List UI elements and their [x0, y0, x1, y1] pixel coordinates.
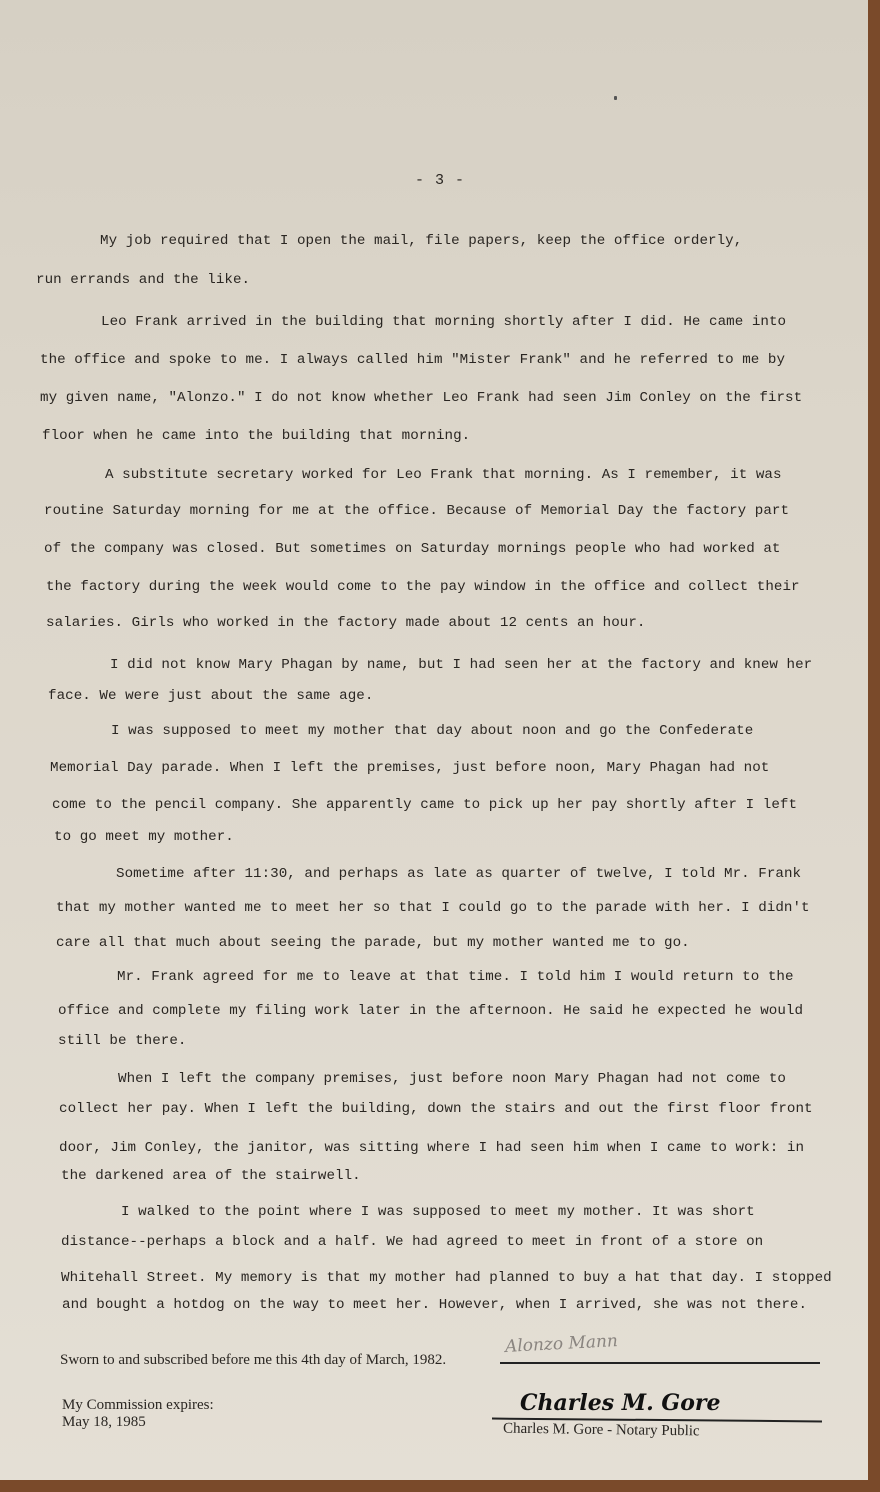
document-page: - 3 - My job required that I open the ma… — [0, 0, 868, 1480]
text-line: of the company was closed. But sometimes… — [44, 541, 781, 557]
text-line: I was supposed to meet my mother that da… — [111, 723, 753, 739]
text-line: When I left the company premises, just b… — [118, 1071, 786, 1087]
notary-signature: Charles M. Gore — [520, 1390, 720, 1416]
affiant-signature-line — [500, 1362, 820, 1364]
commission-label: My Commission expires: — [62, 1397, 214, 1414]
text-line: Sometime after 11:30, and perhaps as lat… — [116, 866, 801, 882]
paper-speck — [614, 96, 617, 100]
text-line: and bought a hotdog on the way to meet h… — [62, 1297, 807, 1313]
text-line: distance--perhaps a block and a half. We… — [61, 1234, 763, 1250]
text-line: my given name, "Alonzo." I do not know w… — [40, 390, 802, 406]
text-line: Mr. Frank agreed for me to leave at that… — [117, 969, 794, 985]
text-line: door, Jim Conley, the janitor, was sitti… — [59, 1140, 804, 1156]
text-line: I did not know Mary Phagan by name, but … — [110, 657, 812, 673]
text-line: collect her pay. When I left the buildin… — [59, 1101, 813, 1117]
text-line: floor when he came into the building tha… — [42, 428, 470, 444]
text-line: the office and spoke to me. I always cal… — [40, 352, 785, 368]
sworn-statement: Sworn to and subscribed before me this 4… — [60, 1352, 446, 1369]
text-line: run errands and the like. — [36, 272, 250, 288]
text-line: A substitute secretary worked for Leo Fr… — [105, 467, 782, 483]
text-line: still be there. — [58, 1033, 186, 1049]
text-line: Whitehall Street. My memory is that my m… — [61, 1270, 832, 1286]
page-number: - 3 - — [0, 172, 880, 189]
text-line: My job required that I open the mail, fi… — [100, 233, 742, 249]
text-line: Leo Frank arrived in the building that m… — [101, 314, 786, 330]
text-line: salaries. Girls who worked in the factor… — [46, 615, 645, 631]
text-line: I walked to the point where I was suppos… — [121, 1204, 755, 1220]
text-line: face. We were just about the same age. — [48, 688, 373, 704]
text-line: Memorial Day parade. When I left the pre… — [50, 760, 769, 776]
text-line: care all that much about seeing the para… — [56, 935, 690, 951]
text-line: the factory during the week would come t… — [46, 579, 800, 595]
notary-name-title: Charles M. Gore - Notary Public — [503, 1421, 700, 1441]
text-line: office and complete my filing work later… — [58, 1003, 803, 1019]
text-line: routine Saturday morning for me at the o… — [44, 503, 789, 519]
commission-date: May 18, 1985 — [62, 1414, 146, 1431]
text-line: come to the pencil company. She apparent… — [52, 797, 797, 813]
text-line: the darkened area of the stairwell. — [61, 1168, 361, 1184]
affiant-signature: Alonzo Mann — [505, 1331, 619, 1357]
text-line: to go meet my mother. — [54, 829, 234, 845]
text-line: that my mother wanted me to meet her so … — [56, 900, 810, 916]
